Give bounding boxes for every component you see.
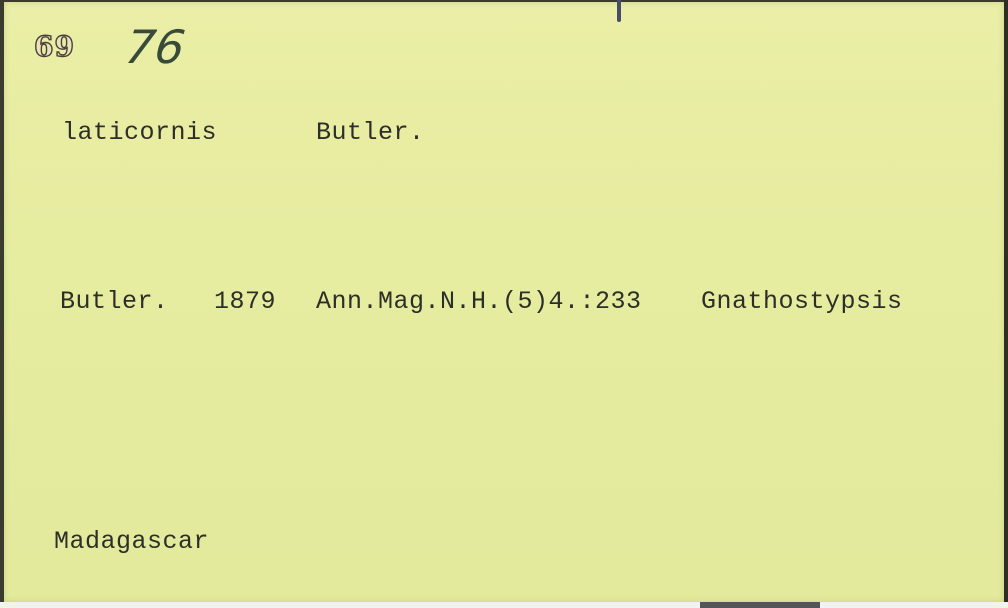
citation-reference: Ann.Mag.N.H.(5)4.:233 (316, 287, 642, 316)
stamped-number: 69 (34, 30, 75, 63)
card-edge (1004, 0, 1008, 608)
bottom-edge (0, 602, 1008, 608)
citation-genus: Gnathostypsis (701, 287, 903, 316)
index-card: 69 76 laticornis Butler. Butler. 1879 An… (4, 2, 1004, 602)
species-author: Butler. (316, 118, 425, 147)
card-tab-mark (617, 0, 621, 22)
citation-author: Butler. (60, 287, 169, 316)
handwritten-number: 76 (122, 20, 188, 74)
citation-year: 1879 (214, 287, 276, 316)
locality: Madagascar (54, 527, 209, 556)
species-name: laticornis (62, 118, 217, 147)
